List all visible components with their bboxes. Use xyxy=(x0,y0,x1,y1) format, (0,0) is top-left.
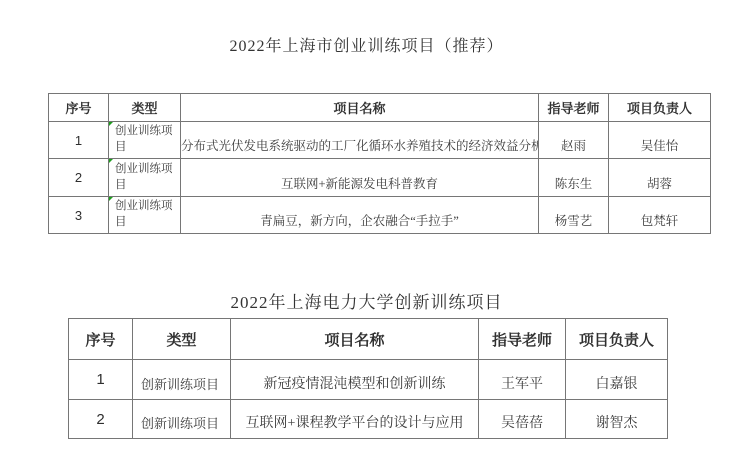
table1-header-row: 序号 类型 项目名称 指导老师 项目负责人 xyxy=(49,94,711,122)
cell-error-indicator-icon xyxy=(109,122,113,126)
row-leader: 谢智杰 xyxy=(566,400,668,439)
row-no: 1 xyxy=(49,122,109,159)
row-type: 创新训练项目 xyxy=(133,400,231,439)
cell-error-indicator-icon xyxy=(109,197,113,201)
row-advisor: 陈东生 xyxy=(539,159,609,197)
row-type-label: 创业训练项目 xyxy=(115,200,173,228)
table-row: 1 创新训练项目 新冠疫情混沌模型和创新训练 王军平 白嘉银 xyxy=(69,360,668,400)
row-type-label: 创业训练项目 xyxy=(115,125,173,153)
table2-header-row: 序号 类型 项目名称 指导老师 项目负责人 xyxy=(69,319,668,360)
table2-header-project-name: 项目名称 xyxy=(231,319,479,360)
row-advisor: 王军平 xyxy=(479,360,566,400)
row-project-name: 新冠疫情混沌模型和创新训练 xyxy=(231,360,479,400)
table1-header-type: 类型 xyxy=(109,94,181,122)
table2-title: 2022年上海电力大学创新训练项目 xyxy=(0,288,733,313)
row-type-label: 创新训练项目 xyxy=(141,377,219,392)
row-project-name: 青扁豆，新方向，企农融合“手拉手” xyxy=(181,197,539,234)
document-page: 2022年上海市创业训练项目（推荐） 序号 类型 项目名称 指导老师 项目负责人… xyxy=(0,0,733,458)
row-type-label: 创业训练项目 xyxy=(115,163,173,191)
table2-header-type: 类型 xyxy=(133,319,231,360)
row-advisor: 赵雨 xyxy=(539,122,609,159)
table2-innovation-projects: 序号 类型 项目名称 指导老师 项目负责人 1 创新训练项目 新冠疫情混沌模型和… xyxy=(68,318,668,439)
row-type: 创业训练项目 xyxy=(109,159,181,197)
row-no: 1 xyxy=(69,360,133,400)
cell-error-indicator-icon xyxy=(109,159,113,163)
row-advisor: 吴蓓蓓 xyxy=(479,400,566,439)
row-type: 创新训练项目 xyxy=(133,360,231,400)
row-leader: 白嘉银 xyxy=(566,360,668,400)
table1-entrepreneurship-projects: 序号 类型 项目名称 指导老师 项目负责人 1 创业训练项目 分布式光伏发电系统… xyxy=(48,93,711,234)
row-no: 2 xyxy=(49,159,109,197)
row-project-name: 互联网+课程教学平台的设计与应用 xyxy=(231,400,479,439)
table1-header-advisor: 指导老师 xyxy=(539,94,609,122)
row-leader: 吴佳怡 xyxy=(609,122,711,159)
row-leader: 胡蓉 xyxy=(609,159,711,197)
row-project-name: 分布式光伏发电系统驱动的工厂化循环水养殖技术的经济效益分析 xyxy=(181,122,539,159)
row-no: 3 xyxy=(49,197,109,234)
row-no: 2 xyxy=(69,400,133,439)
table-row: 3 创业训练项目 青扁豆，新方向，企农融合“手拉手” 杨雪艺 包梵轩 xyxy=(49,197,711,234)
row-type: 创业训练项目 xyxy=(109,197,181,234)
table2-header-no: 序号 xyxy=(69,319,133,360)
table-row: 1 创业训练项目 分布式光伏发电系统驱动的工厂化循环水养殖技术的经济效益分析 赵… xyxy=(49,122,711,159)
row-advisor: 杨雪艺 xyxy=(539,197,609,234)
table-row: 2 创新训练项目 互联网+课程教学平台的设计与应用 吴蓓蓓 谢智杰 xyxy=(69,400,668,439)
row-project-name: 互联网+新能源发电科普教育 xyxy=(181,159,539,197)
table-row: 2 创业训练项目 互联网+新能源发电科普教育 陈东生 胡蓉 xyxy=(49,159,711,197)
table1-header-leader: 项目负责人 xyxy=(609,94,711,122)
row-type-label: 创新训练项目 xyxy=(141,416,219,431)
table1-title: 2022年上海市创业训练项目（推荐） xyxy=(0,33,733,56)
table2-header-leader: 项目负责人 xyxy=(566,319,668,360)
table1-header-project-name: 项目名称 xyxy=(181,94,539,122)
row-leader: 包梵轩 xyxy=(609,197,711,234)
row-type: 创业训练项目 xyxy=(109,122,181,159)
table2-header-advisor: 指导老师 xyxy=(479,319,566,360)
table1-header-no: 序号 xyxy=(49,94,109,122)
